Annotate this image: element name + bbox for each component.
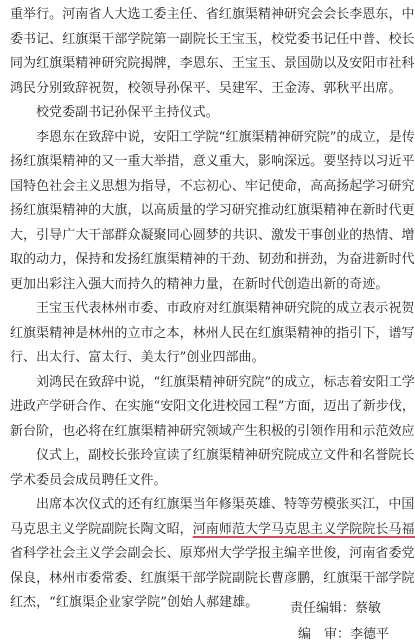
text-line-with-highlight: 马克思主义学院副院长陶文昭，河南师范大学马克思主义学院院长马福运，河南 (10, 518, 403, 543)
text-line: 新台阶，也必将在红旗渠精神研究领域产生积极的引领作用和示范效应。 (10, 420, 403, 445)
responsible-editor: 责任编辑：蔡敏 (290, 597, 381, 616)
text-line: 取的动力，保持和发扬红旗渠精神的干劲、韧劲和拼劲，为奋进新时代、让中原 (10, 248, 403, 273)
text-line: 扬红旗渠精神的又一重大举措，意义重大，影响深远。要坚持以习近平新时代中 (10, 150, 403, 175)
text-line: 大，引导广大干部群众凝聚同心圆梦的共识、激发干事创业的热情、增强拼搏进 (10, 224, 403, 249)
paragraph-start: 刘鸿民在致辞中说，“红旗渠精神研究院”的成立，标志着安阳工学院在推 (10, 371, 403, 396)
paragraph-start: 仪式上，副校长张玲宣读了红旗渠精神研究院成立文件和名誉院长、顾问、 (10, 444, 403, 469)
text-line: 红旗渠精神是林州的立市之本，林州人民在红旗渠精神的指引下，谱写了“战太 (10, 322, 403, 347)
underlined-text: 河南师范大学马克思主义学院院长马福运 (193, 522, 415, 537)
text-line: 进政产学研合作、在实施“安阳文化进校园工程”方面，迈出了新步伐，迈上了 (10, 395, 403, 420)
paragraph-start: 出席本次仪式的还有红旗渠当年修渠英雄、特等劳模张买江，中国人民大学 (10, 493, 403, 518)
text-segment: 马克思主义学院副院长陶文昭， (10, 522, 193, 537)
text-line: 省科学社会主义学会副会长、原郑州大学学报主编辛世俊，河南省委党校教授牛 (10, 542, 403, 567)
paragraph-start: 校党委副书记孙保平主持仪式。 (10, 101, 403, 126)
text-line: 行、出太行、富太行、美太行”创业四部曲。 (10, 346, 403, 371)
text-line: 更加出彩注入强大而持久的精神力量，在新时代创造出新的奇迹。 (10, 273, 403, 298)
paragraph-start: 王宝玉代表林州市委、市政府对红旗渠精神研究院的成立表示祝贺。他说， (10, 297, 403, 322)
text-line: 鸿民分别致辞祝贺，校领导孙保平、吴建军、王金涛、郭秋平出席。 (10, 77, 403, 102)
text-line: 扬红旗渠精神的大旗，以高质量的学习研究推动红旗渠精神在新时代更加发扬光 (10, 199, 403, 224)
text-line: 委书记、红旗渠干部学院第一副院长王宝玉，校党委书记任中普、校长景国勋共 (10, 28, 403, 53)
text-line: 学术委员会成员聘任文件。 (10, 469, 403, 494)
paragraph-start: 李恩东在致辞中说，安阳工学院“红旗渠精神研究院”的成立，是传承、发 (10, 126, 403, 151)
text-line: 重举行。河南省人大选工委主任、省红旗渠精神研究会会长李恩东，中共林州市 (10, 3, 403, 28)
text-line: 国特色社会主义思想为指导，不忘初心、牢记使命，高高扬起学习研究、传承弘 (10, 175, 403, 200)
text-line: 保良，林州市委常委、红旗渠干部学院副院长曹彦鹏，红旗渠干部学院副院长鲁 (10, 567, 403, 592)
reviewer: 编 审：李德平 (298, 623, 389, 641)
text-line: 同为红旗渠精神研究院揭牌，李恩东、王宝玉、景国勋以及安阳市社科联主席刘 (10, 52, 403, 77)
article-body: 重举行。河南省人大选工委主任、省红旗渠精神研究会会长李恩东，中共林州市 委书记、… (10, 3, 403, 616)
